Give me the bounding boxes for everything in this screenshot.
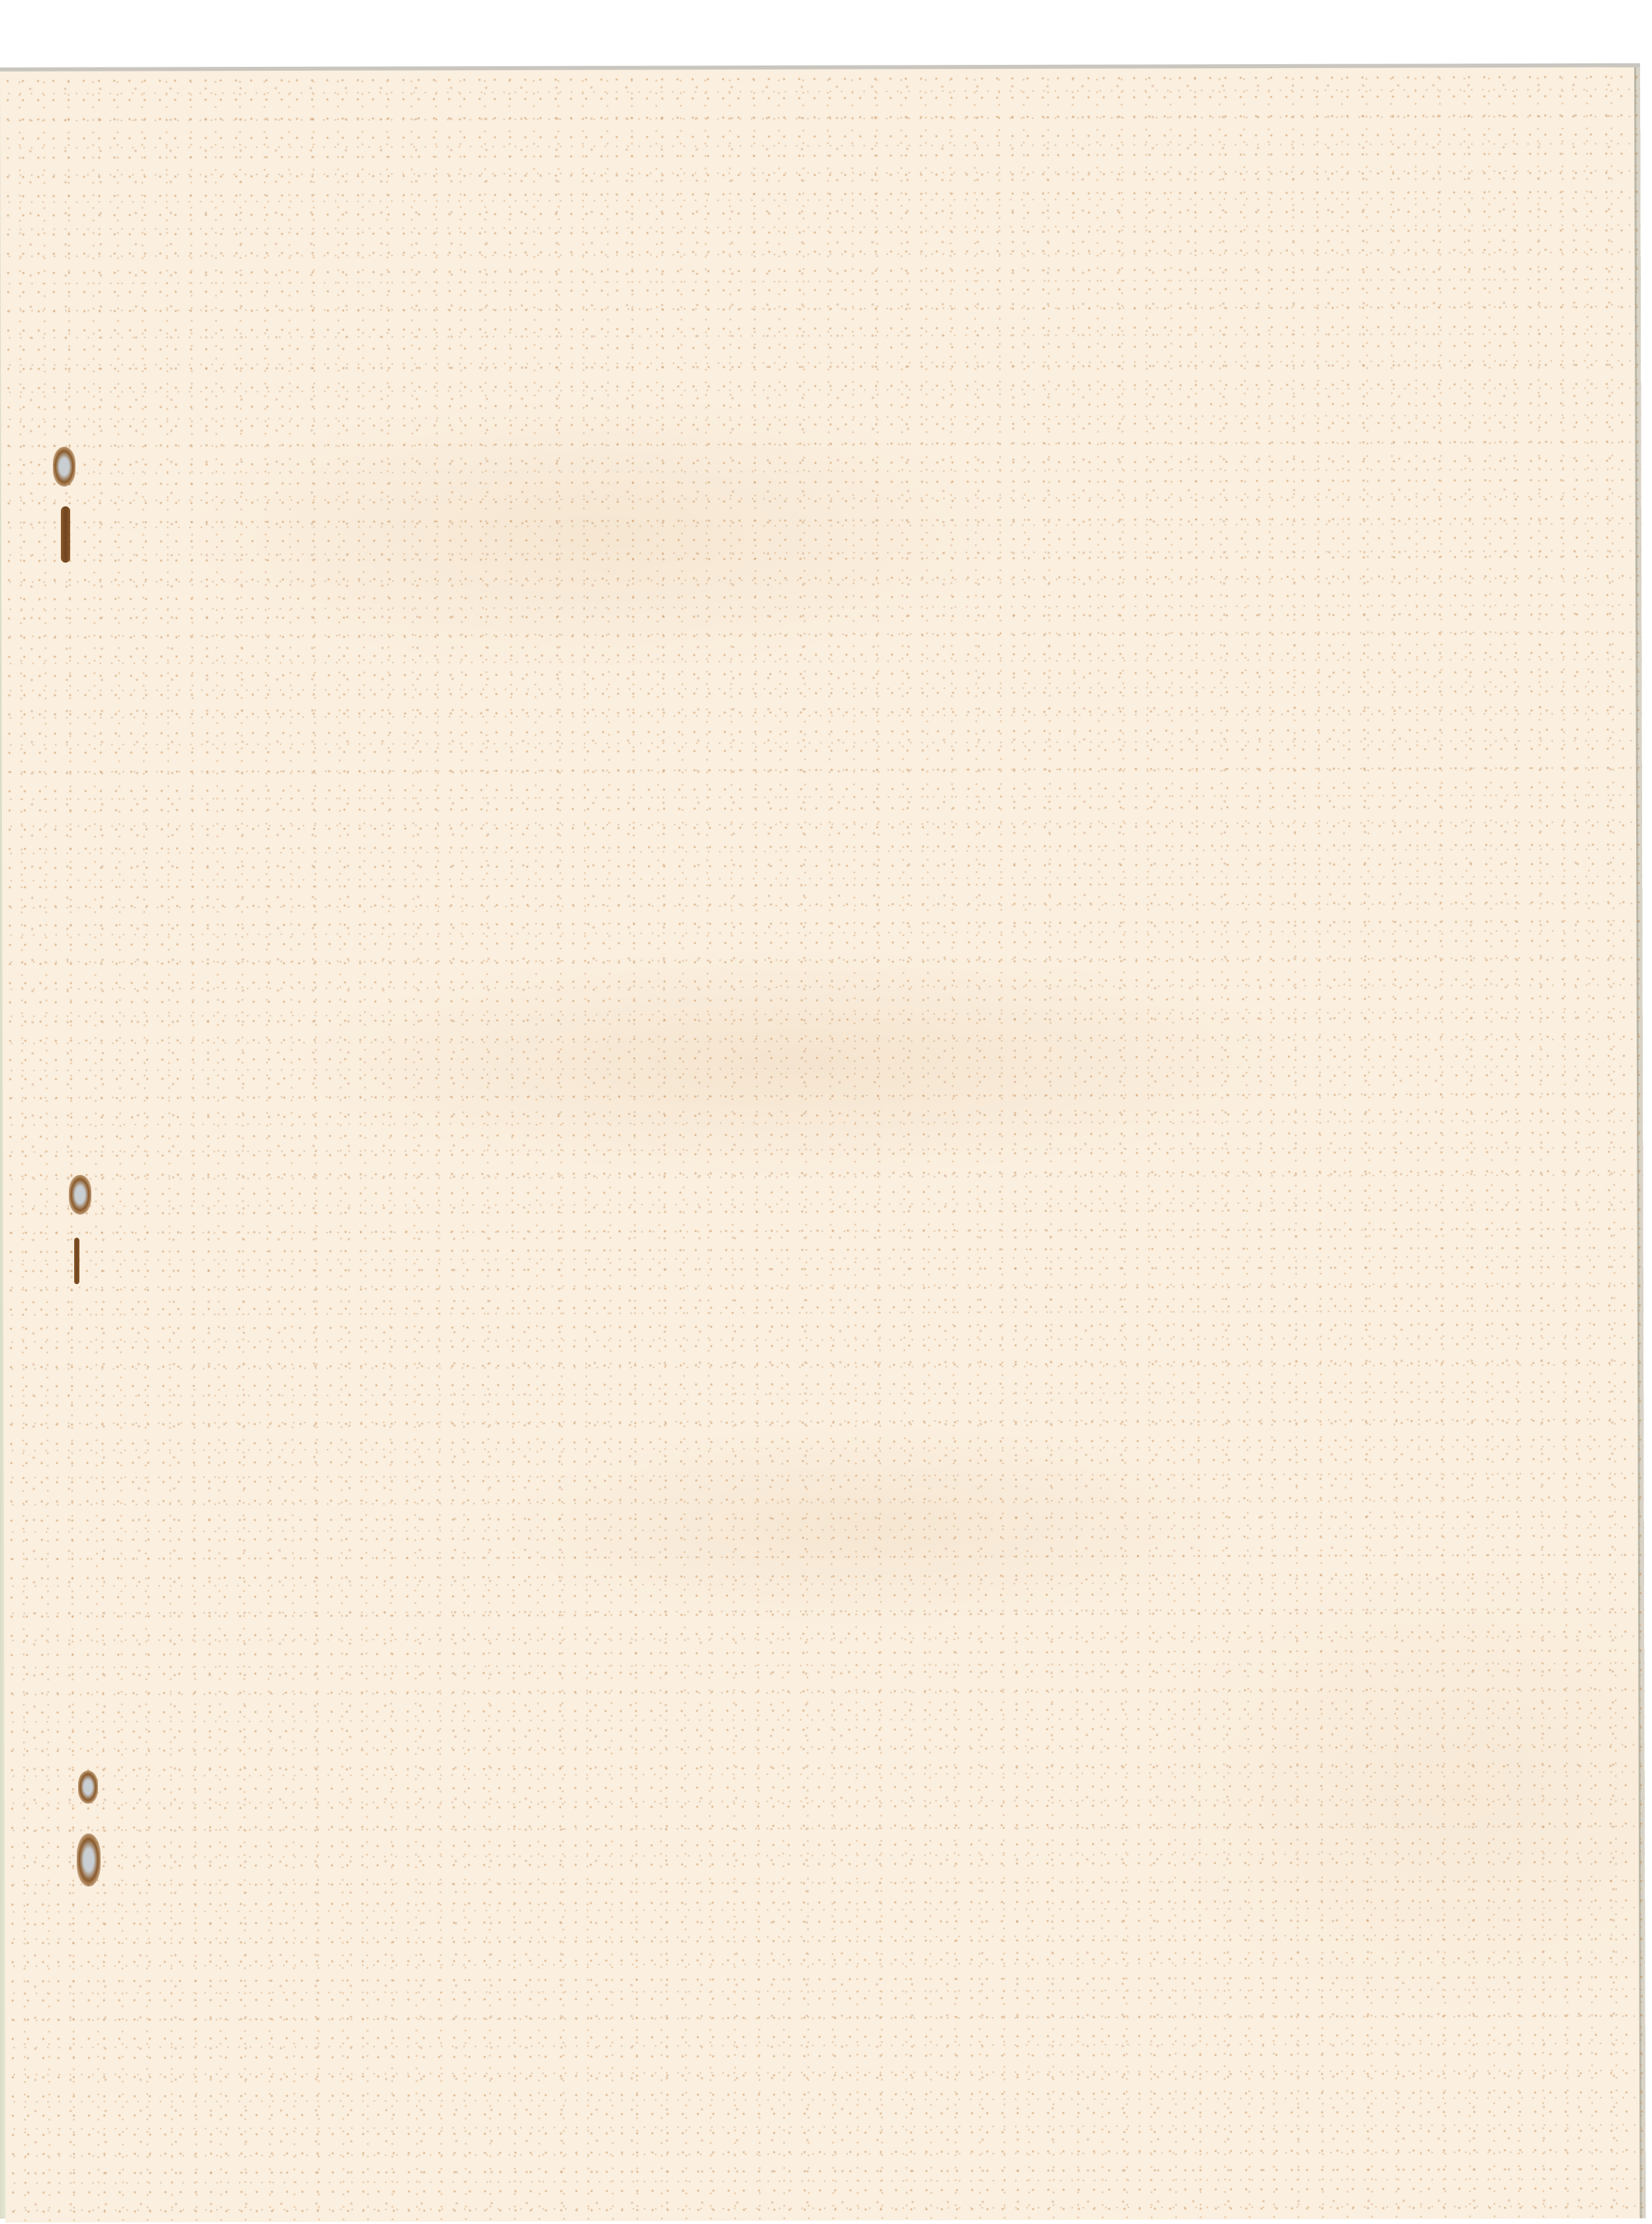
binding-hole-icon [77,1833,101,1886]
binding-hole-icon [78,1771,98,1804]
binding-hole-icon [69,1175,91,1215]
binding-slot-icon [61,506,70,563]
binding-slot-icon [74,1238,79,1284]
binding-hole-icon [53,447,75,486]
foxing-texture [0,68,1646,2223]
paper-sheet [0,64,1646,2223]
